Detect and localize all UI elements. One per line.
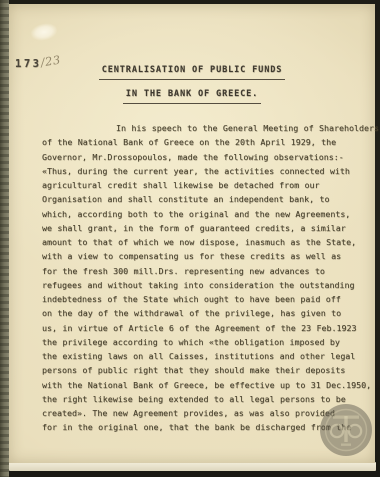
- text-line: refugees and without taking into conside…: [42, 278, 378, 292]
- text-line: the privilege according to which «the ob…: [42, 335, 378, 349]
- paper: 173/23 CENTRALISATION OF PUBLIC FUNDS IN…: [9, 4, 375, 463]
- text-line: the existing laws on all Caisses, instit…: [42, 349, 378, 363]
- archive-stamp-icon: [319, 403, 373, 457]
- text-line: Organisation and shall constitute an ind…: [42, 192, 378, 206]
- text-line: with a view to compensating us for these…: [42, 249, 378, 263]
- document-body: In his speech to the General Meeting of …: [42, 121, 378, 435]
- text-line: agricultural credit shall likewise be de…: [42, 178, 378, 192]
- binding-edge: [0, 0, 9, 477]
- backing-sheet-edge: [9, 462, 376, 471]
- paper-blemish: [30, 21, 59, 42]
- document-title: CENTRALISATION OF PUBLIC FUNDS IN THE BA…: [9, 57, 375, 104]
- text-line: we shall grant, in the form of guarantee…: [42, 221, 378, 235]
- text-line: persons of public right that they should…: [42, 363, 378, 377]
- text-line: amount to that of which we now dispose, …: [42, 235, 378, 249]
- scanned-page: 173/23 CENTRALISATION OF PUBLIC FUNDS IN…: [0, 0, 380, 477]
- text-line: indebtedness of the State which ought to…: [42, 292, 378, 306]
- title-line-2: IN THE BANK OF GREECE.: [123, 86, 261, 104]
- text-line: for the fresh 300 mill.Drs. representing…: [42, 264, 378, 278]
- text-line: which, according both to the original an…: [42, 207, 378, 221]
- text-line: on the day of the withdrawal of the priv…: [42, 306, 378, 320]
- text-line: of the National Bank of Greece on the 20…: [42, 135, 378, 149]
- title-line-1: CENTRALISATION OF PUBLIC FUNDS: [99, 62, 286, 80]
- text-line: «Thus, during the current year, the acti…: [42, 164, 378, 178]
- text-line: Governor, Mr.Drossopoulos, made the foll…: [42, 150, 378, 164]
- text-line: us, in virtue of Article 6 of the Agreem…: [42, 321, 378, 335]
- text-line: In his speech to the General Meeting of …: [42, 121, 378, 135]
- text-line: with the National Bank of Greece, be eff…: [42, 378, 378, 392]
